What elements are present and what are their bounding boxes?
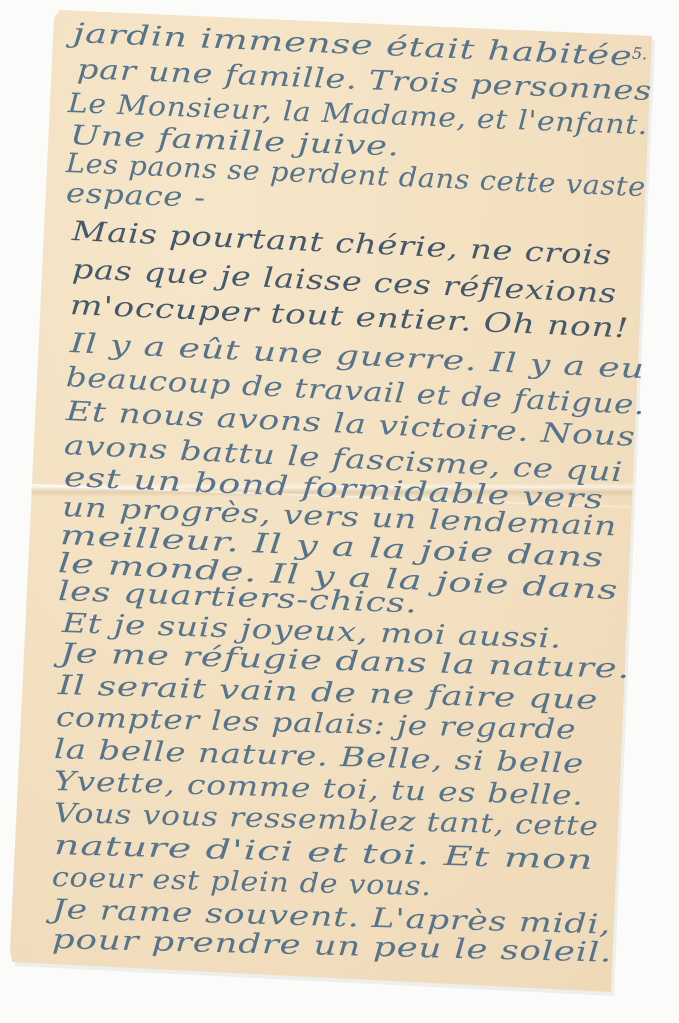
letter-line: espace - xyxy=(66,180,207,212)
page-number: 5. xyxy=(632,44,648,64)
